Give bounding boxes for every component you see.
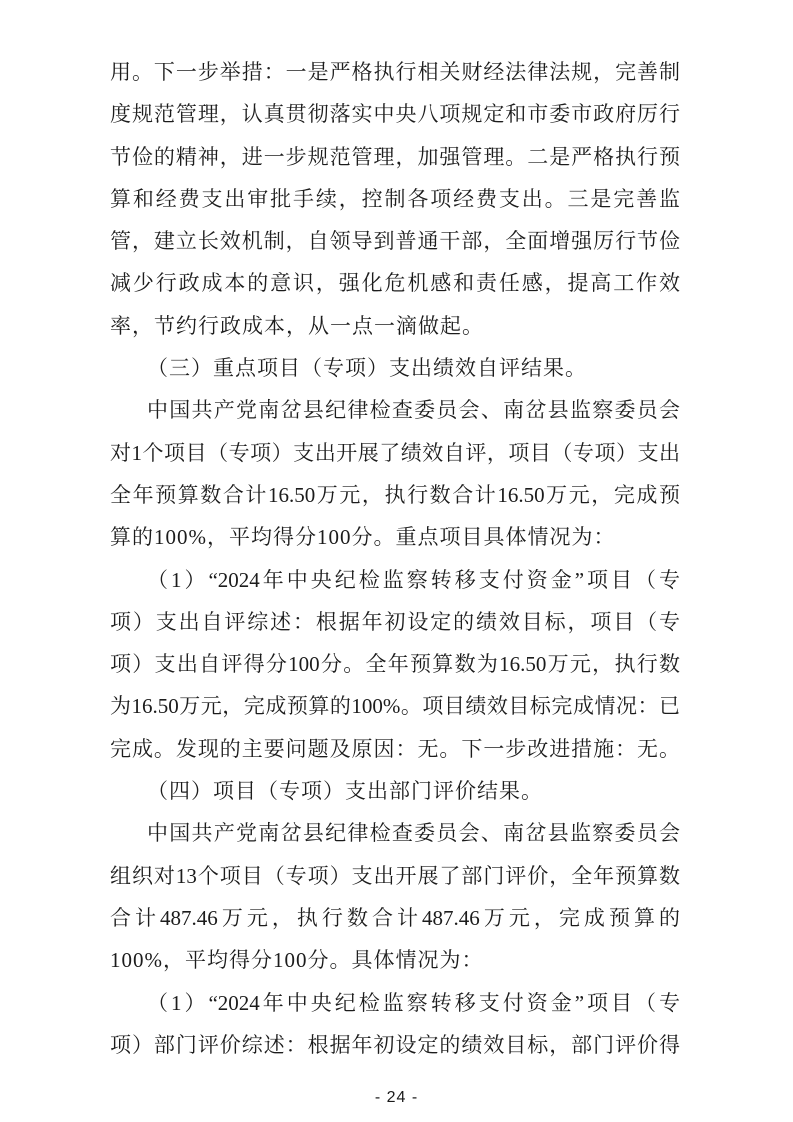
text-line: 100%，平均得分100分。具体情况为： (110, 939, 680, 981)
text-line: （1）“2024年中央纪检监察转移支付资金”项目（专 (110, 559, 680, 601)
document-page: 用。下一步举措：一是严格执行相关财经法律法规，完善制度规范管理，认真贯彻落实中央… (0, 0, 793, 1122)
text-line: （三）重点项目（专项）支出绩效自评结果。 (110, 347, 680, 389)
text-line: 算的100%，平均得分100分。重点项目具体情况为： (110, 516, 680, 558)
text-line: （1）“2024年中央纪检监察转移支付资金”项目（专 (110, 982, 680, 1024)
text-line: 项）部门评价综述：根据年初设定的绩效目标，部门评价得 (110, 1024, 680, 1066)
text-line: 度规范管理，认真贯彻落实中央八项规定和市委市政府厉行 (110, 93, 680, 135)
text-line: 率，节约行政成本，从一点一滴做起。 (110, 305, 680, 347)
text-line: 用。下一步举措：一是严格执行相关财经法律法规，完善制 (110, 51, 680, 93)
text-line: 项）支出自评综述：根据年初设定的绩效目标，项目（专 (110, 601, 680, 643)
text-line: 项）支出自评得分100分。全年预算数为16.50万元，执行数 (110, 643, 680, 685)
text-line: 组织对13个项目（专项）支出开展了部门评价，全年预算数 (110, 855, 680, 897)
text-line: 对1个项目（专项）支出开展了绩效自评，项目（专项）支出 (110, 432, 680, 474)
text-line: 中国共产党南岔县纪律检查委员会、南岔县监察委员会 (110, 812, 680, 854)
text-line: 完成。发现的主要问题及原因：无。下一步改进措施：无。 (110, 728, 680, 770)
text-line: 节俭的精神，进一步规范管理，加强管理。二是严格执行预 (110, 136, 680, 178)
text-line: 合计487.46万元，执行数合计487.46万元，完成预算的 (110, 897, 680, 939)
text-line: 为16.50万元，完成预算的100%。项目绩效目标完成情况：已 (110, 685, 680, 727)
page-number: - 24 - (0, 1088, 793, 1108)
document-body: 用。下一步举措：一是严格执行相关财经法律法规，完善制度规范管理，认真贯彻落实中央… (110, 51, 680, 1066)
text-line: 算和经费支出审批手续，控制各项经费支出。三是完善监 (110, 178, 680, 220)
text-line: （四）项目（专项）支出部门评价结果。 (110, 770, 680, 812)
text-line: 全年预算数合计16.50万元，执行数合计16.50万元，完成预 (110, 474, 680, 516)
text-line: 中国共产党南岔县纪律检查委员会、南岔县监察委员会 (110, 389, 680, 431)
text-line: 管，建立长效机制，自领导到普通干部，全面增强厉行节俭 (110, 220, 680, 262)
text-line: 减少行政成本的意识，强化危机感和责任感，提高工作效 (110, 262, 680, 304)
